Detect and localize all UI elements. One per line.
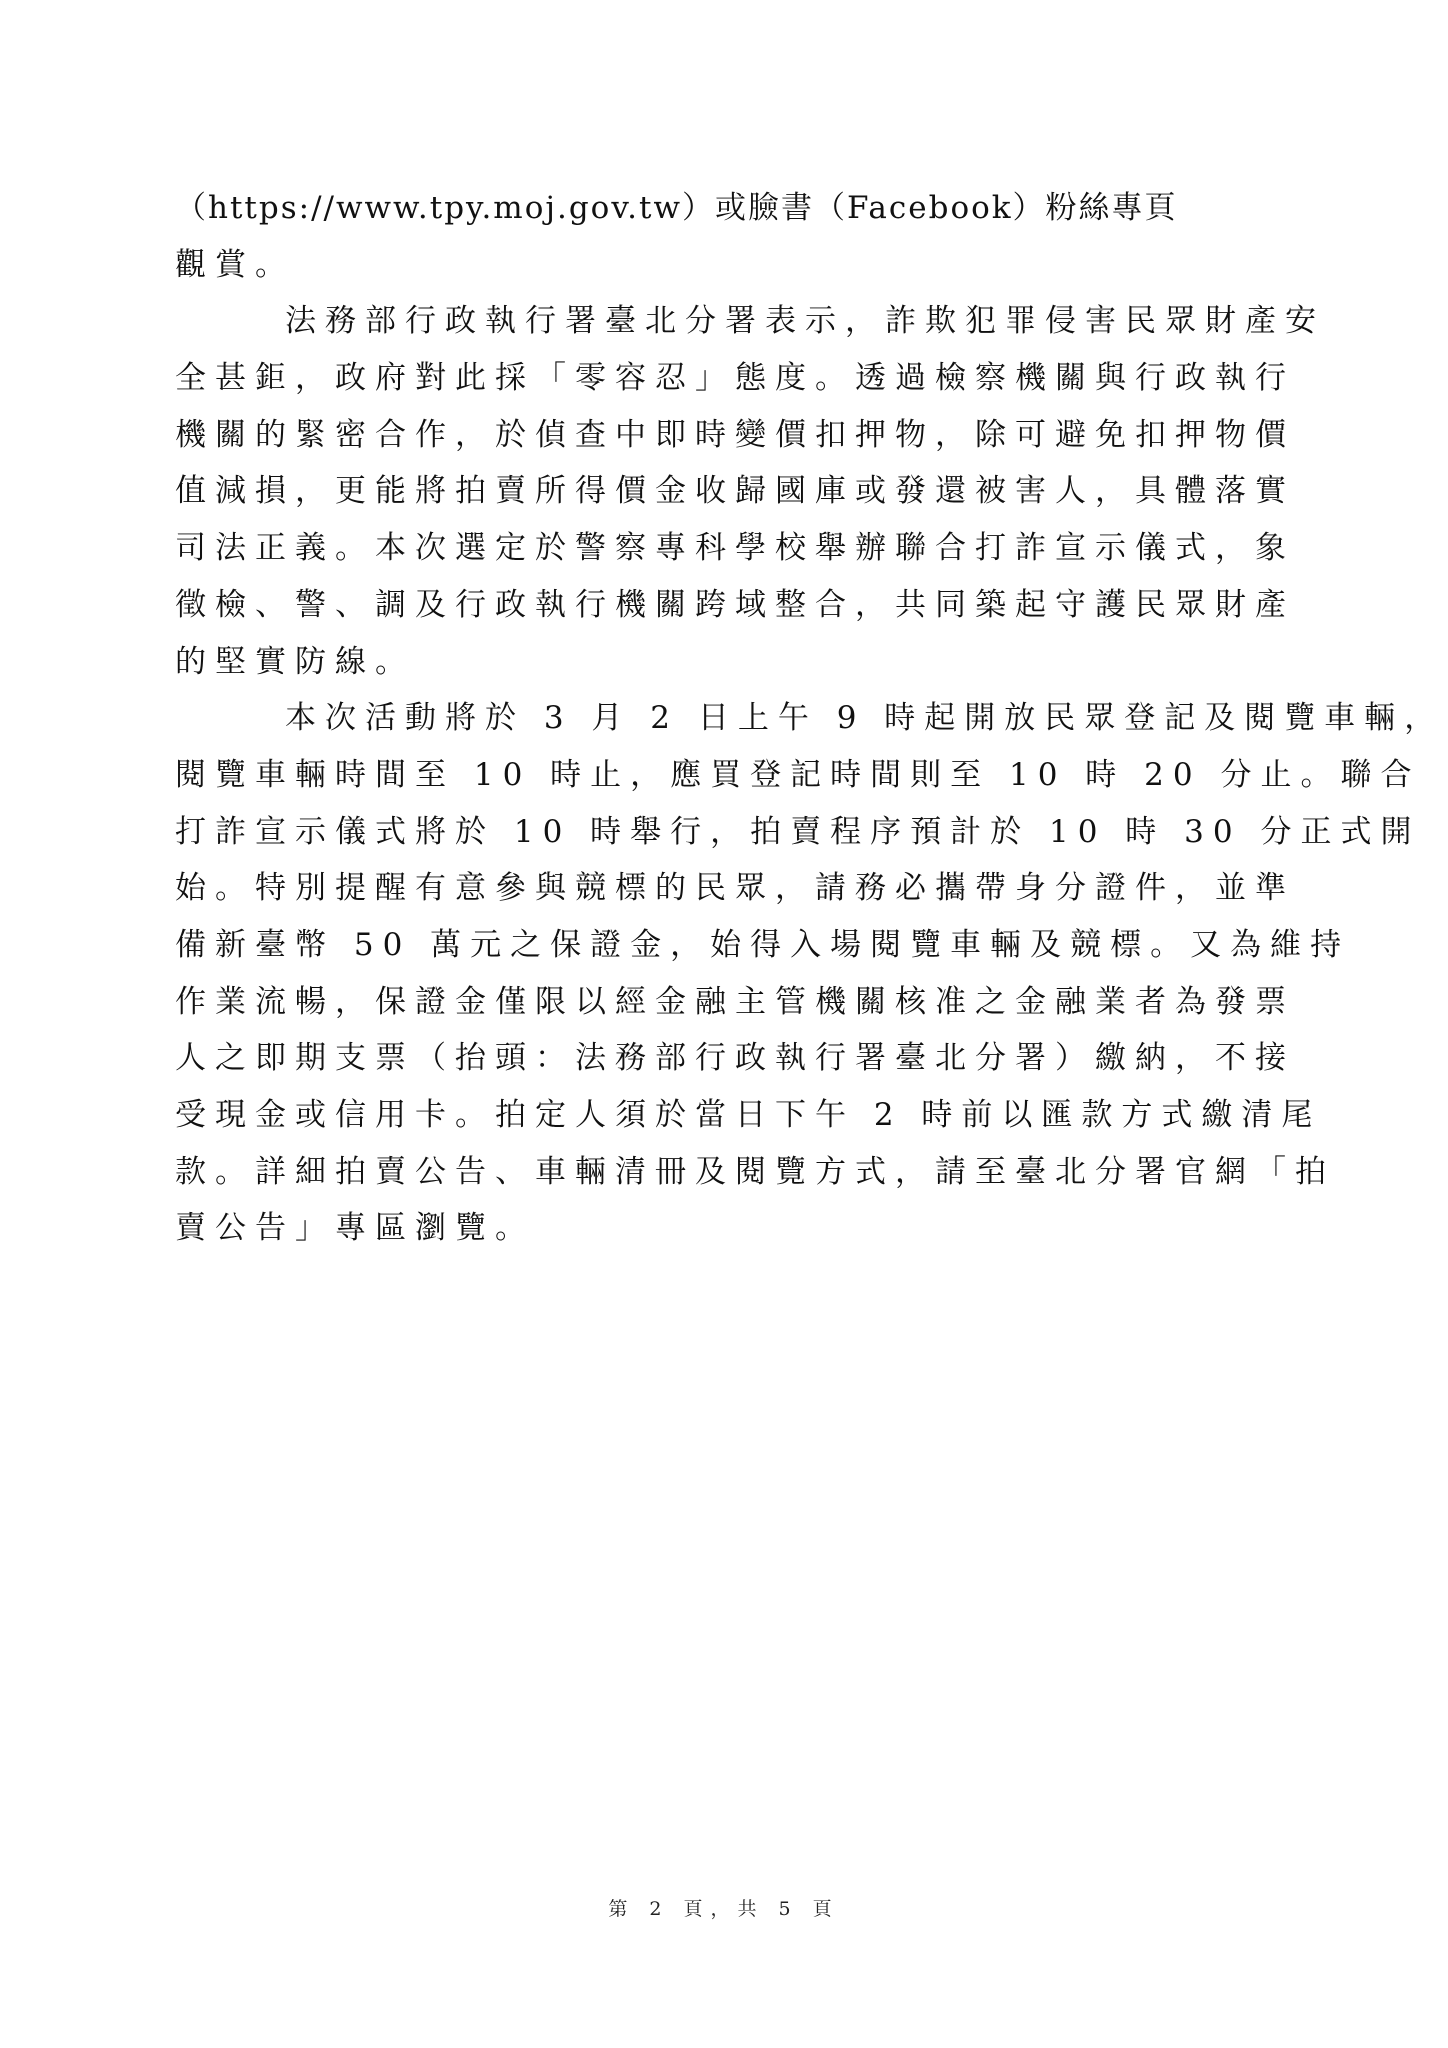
paragraph-3: 本次活動將於 3 月 2 日上午 9 時起開放民眾登記及閱覽車輛， 閱覽車輛時間… [175, 690, 1285, 1257]
paragraph-line: 打詐宣示儀式將於 10 時舉行，拍賣程序預計於 10 時 30 分正式開 [175, 804, 1285, 861]
paragraph-line: 受現金或信用卡。拍定人須於當日下午 2 時前以匯款方式繳清尾 [175, 1087, 1285, 1144]
paragraph-1-continuation: （https://www.tpy.moj.gov.tw）或臉書（Facebook… [175, 180, 1285, 293]
paragraph-line: 賣公告」專區瀏覽。 [175, 1200, 1285, 1257]
paragraph-line: 始。特別提醒有意參與競標的民眾，請務必攜帶身分證件，並準 [175, 860, 1285, 917]
document-page: （https://www.tpy.moj.gov.tw）或臉書（Facebook… [0, 0, 1448, 2048]
paragraph-line: 備新臺幣 50 萬元之保證金，始得入場閱覽車輛及競標。又為維持 [175, 917, 1285, 974]
paragraph-line: 本次活動將於 3 月 2 日上午 9 時起開放民眾登記及閱覽車輛， [175, 690, 1285, 747]
paragraph-line: （https://www.tpy.moj.gov.tw）或臉書（Facebook… [175, 180, 1285, 237]
paragraph-line: 人之即期支票（抬頭：法務部行政執行署臺北分署）繳納，不接 [175, 1030, 1285, 1087]
paragraph-line: 款。詳細拍賣公告、車輛清冊及閱覽方式，請至臺北分署官網「拍 [175, 1144, 1285, 1201]
paragraph-2: 法務部行政執行署臺北分署表示，詐欺犯罪侵害民眾財產安 全甚鉅，政府對此採「零容忍… [175, 293, 1285, 690]
paragraph-line: 機關的緊密合作，於偵查中即時變價扣押物，除可避免扣押物價 [175, 407, 1285, 464]
page-number-footer: 第 2 頁，共 5 頁 [0, 1894, 1448, 1921]
paragraph-line: 值減損，更能將拍賣所得價金收歸國庫或發還被害人，具體落實 [175, 463, 1285, 520]
body-text: （https://www.tpy.moj.gov.tw）或臉書（Facebook… [175, 180, 1285, 1257]
paragraph-line: 徵檢、警、調及行政執行機關跨域整合，共同築起守護民眾財產 [175, 577, 1285, 634]
paragraph-line: 閱覽車輛時間至 10 時止，應買登記時間則至 10 時 20 分止。聯合 [175, 747, 1285, 804]
paragraph-line: 的堅實防線。 [175, 634, 1285, 691]
paragraph-line: 法務部行政執行署臺北分署表示，詐欺犯罪侵害民眾財產安 [175, 293, 1285, 350]
paragraph-line: 作業流暢，保證金僅限以經金融主管機關核准之金融業者為發票 [175, 974, 1285, 1031]
paragraph-line: 司法正義。本次選定於警察專科學校舉辦聯合打詐宣示儀式，象 [175, 520, 1285, 577]
paragraph-line: 觀賞。 [175, 237, 1285, 294]
paragraph-line: 全甚鉅，政府對此採「零容忍」態度。透過檢察機關與行政執行 [175, 350, 1285, 407]
